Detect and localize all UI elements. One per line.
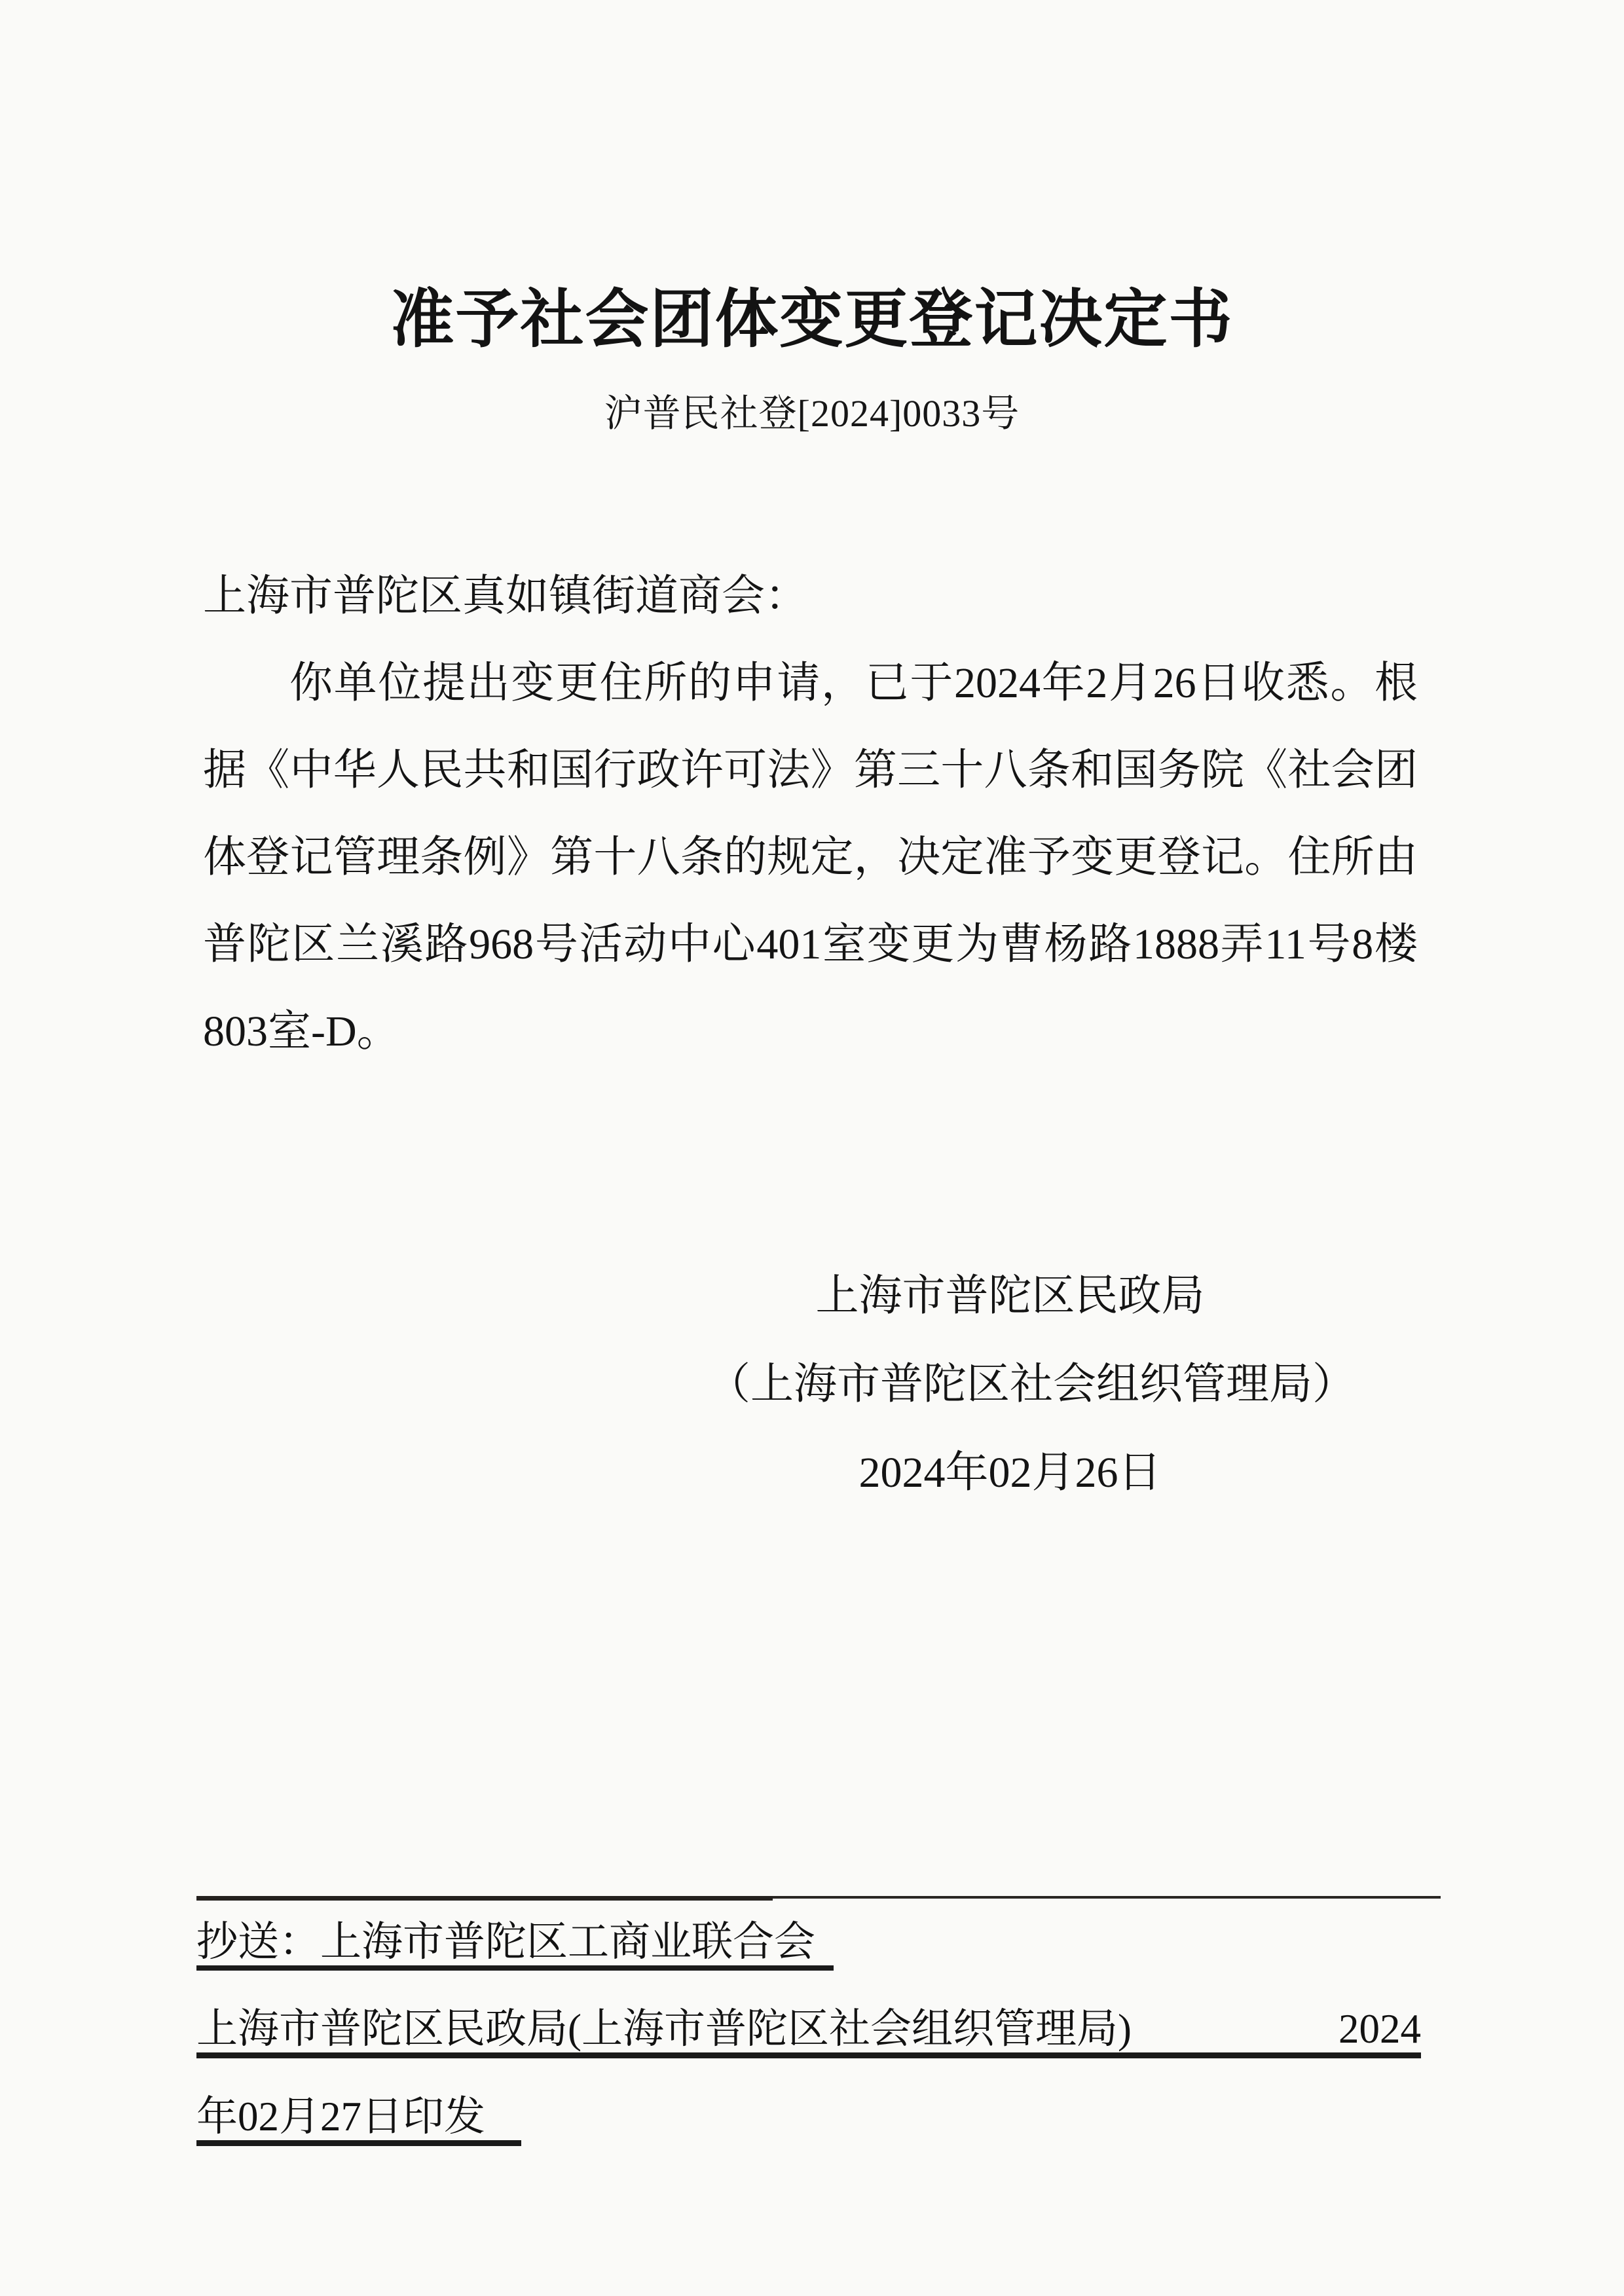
signature-date: 2024年02月26日 (707, 1429, 1313, 1517)
footer-divider (196, 1896, 1441, 1901)
footer-issuer-text: 上海市普陀区民政局(上海市普陀区社会组织管理局) (196, 2005, 1132, 2052)
document-number: 沪普民社登[2024]0033号 (0, 384, 1624, 444)
body-line-5: 803室-D。 (203, 988, 1418, 1075)
body-line-3: 体登记管理条例》第十八条的规定，决定准予变更登记。住所由 (203, 814, 1418, 901)
document-page: 准予社会团体变更登记决定书 沪普民社登[2024]0033号 上海市普陀区真如镇… (0, 0, 1624, 2296)
addressee-line: 上海市普陀区真如镇街道商会： (203, 553, 1418, 640)
footer-divider-left-segment (196, 1896, 773, 1901)
document-title: 准予社会团体变更登记决定书 (0, 280, 1624, 360)
footer-cc-line: 抄送：上海市普陀区工商业联合会 (196, 1918, 834, 1971)
footer-issue-year: 2024 (1338, 2005, 1421, 2052)
body-line-4: 普陀区兰溪路968号活动中心401室变更为曹杨路1888弄11号8楼 (203, 901, 1418, 988)
footer-divider-right-segment (773, 1896, 1441, 1899)
footer-issuer-line: 上海市普陀区民政局(上海市普陀区社会组织管理局) 2024 (196, 2005, 1421, 2058)
signature-block: 上海市普陀区民政局 （上海市普陀区社会组织管理局） 2024年02月26日 (707, 1252, 1313, 1517)
body-line-1: 你单位提出变更住所的申请，已于2024年2月26日收悉。根 (203, 640, 1418, 727)
body-line-2: 据《中华人民共和国行政许可法》第三十八条和国务院《社会团 (203, 727, 1418, 814)
signature-org: 上海市普陀区民政局 (707, 1252, 1313, 1340)
footer-issue-date-line: 年02月27日印发 (196, 2093, 521, 2146)
signature-org-alt: （上海市普陀区社会组织管理局） (707, 1340, 1313, 1429)
document-body: 上海市普陀区真如镇街道商会： 你单位提出变更住所的申请，已于2024年2月26日… (203, 553, 1418, 1075)
